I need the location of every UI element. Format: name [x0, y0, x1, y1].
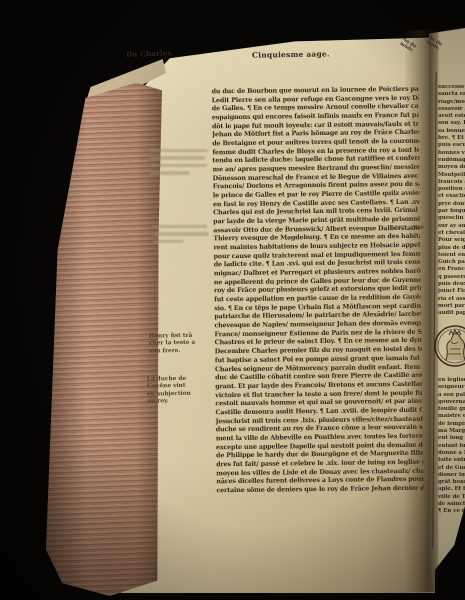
text-line: francois au	[438, 179, 465, 186]
text-line: eut long sui	[438, 435, 465, 442]
text-line: enfant fut d	[438, 443, 465, 450]
text-line: mã Margue	[438, 428, 465, 435]
text-line: et exactions	[438, 193, 465, 200]
text-line: de sainct Pa	[438, 501, 465, 508]
gutter-shadow	[404, 30, 438, 592]
text-line: Pour seign	[438, 237, 465, 244]
ghost-bleedthrough-text	[150, 149, 210, 179]
text-line: sa bonne gra	[438, 128, 465, 135]
margin-note-line: au roy.	[147, 398, 211, 407]
text-line: grãt honneu	[438, 479, 465, 486]
book-fore-edge	[46, 80, 162, 596]
text-line: faite entre l	[438, 457, 465, 464]
book-photo: Du Charles. Cinquiesme aage. du duc de B…	[0, 0, 465, 600]
text-line: mort par le	[438, 303, 465, 310]
text-line: puis escuie	[438, 142, 465, 149]
text-line: plus de dix	[438, 245, 465, 252]
text-line: puis deux b	[438, 281, 465, 288]
text-line: pryé dont l	[438, 201, 465, 208]
text-line: donné a Mo	[438, 450, 465, 457]
text-line: bre. ¶ Et a	[438, 135, 465, 142]
text-line: joinct Flore	[438, 288, 465, 295]
right-column-text-top: successeurssancta en lriage/mon sessavoi…	[438, 84, 465, 318]
text-line: et de Guesc	[438, 465, 465, 472]
text-line: Montpellie	[438, 172, 465, 179]
text-line: en leglise de	[438, 377, 465, 384]
right-column-text-bottom: en leglise deseigneur Loa son palaisgouv…	[438, 377, 465, 516]
text-line: ¶ En ce mes	[438, 508, 465, 515]
text-line: essavoir le r	[438, 106, 465, 113]
text-line: avoit este s	[438, 113, 465, 120]
text-line: position q il	[438, 186, 465, 193]
text-line: ria et assau	[438, 296, 465, 303]
text-line: endõmagez	[438, 157, 465, 164]
text-line: maistre et p	[438, 413, 465, 420]
ghost-bleedthrough-text	[152, 225, 212, 247]
text-line: riage/mon s	[438, 99, 465, 106]
main-text-block: du duc de Bourbon que mourut en la iourn…	[212, 85, 424, 495]
text-line: toient enne	[438, 252, 465, 259]
text-line: Guich par t	[438, 259, 465, 266]
running-header-center: Cinquiesme aage.	[252, 49, 330, 59]
text-line: sancta en l	[438, 91, 465, 98]
text-line: bonnes vill	[438, 150, 465, 157]
text-line: disner luy f	[438, 472, 465, 479]
margin-year: 5317	[391, 225, 405, 231]
text-line: moyen de J	[438, 164, 465, 171]
text-line: guesclin pa	[438, 215, 465, 222]
margin-note-henry: Henry fist trãcher la teste ason frere.	[149, 332, 211, 355]
text-line: de lempire d	[438, 421, 465, 428]
text-line: audit pape.	[438, 310, 465, 317]
text-line: ville de Tho	[438, 494, 465, 501]
text-line: sur ay ance	[438, 223, 465, 230]
margin-note-guyenne: La duche deGuyẽne vinten subjectionau ro…	[147, 375, 212, 406]
text-line: successeurs	[438, 84, 465, 91]
text-line: son say. Et	[438, 120, 465, 127]
text-line: seigneur Lo	[438, 384, 465, 391]
text-line: par hugue	[438, 208, 465, 215]
text-line: q passerent	[438, 274, 465, 281]
text-line: fouille grãd	[438, 406, 465, 413]
text-line: a son palais	[438, 392, 465, 399]
text-line: aple. Et fut	[438, 486, 465, 493]
margin-note-line: son frere.	[149, 347, 211, 355]
text-line: en France p	[438, 266, 465, 273]
text-line: gouverna le	[438, 399, 465, 406]
running-header-left: Du Charles.	[126, 48, 174, 59]
text-line: et chevalier	[438, 230, 465, 237]
